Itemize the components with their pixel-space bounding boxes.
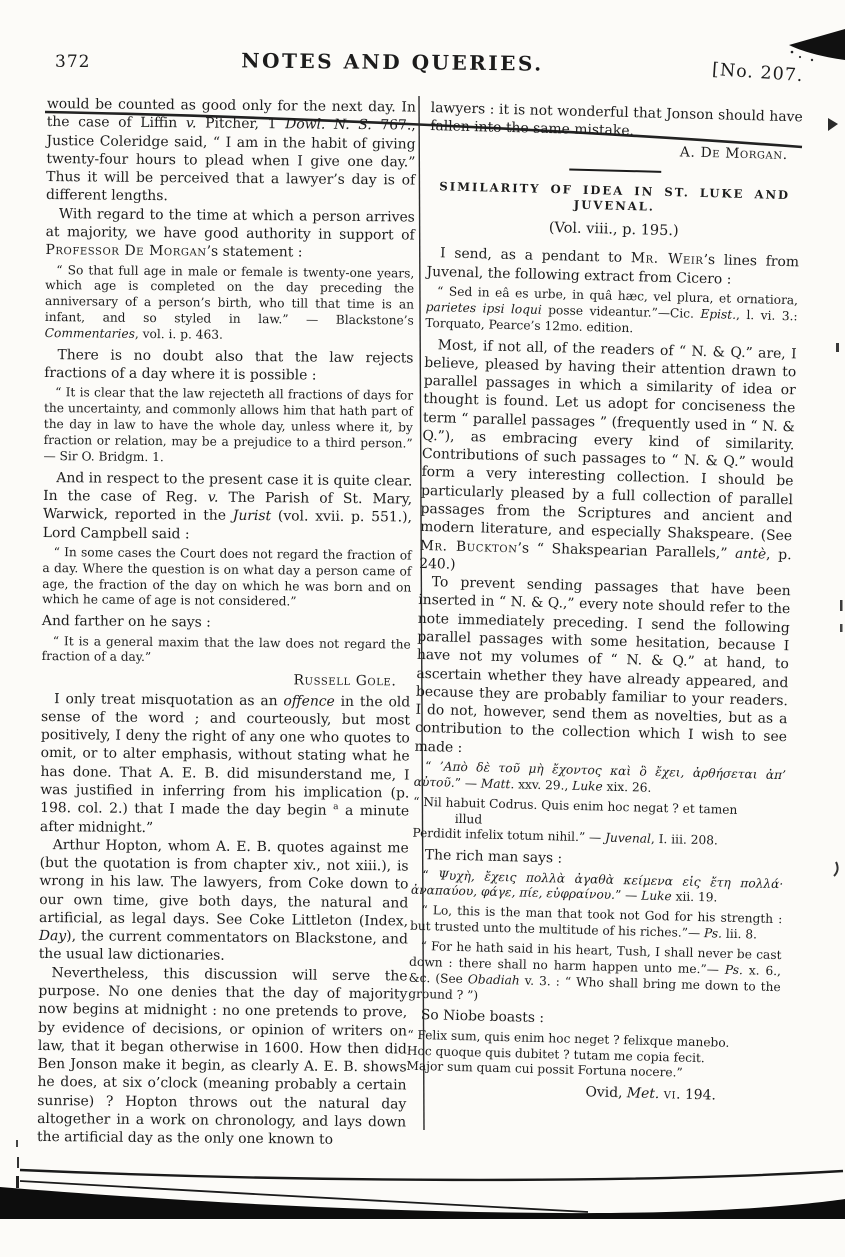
edge-speck [16, 1176, 19, 1188]
blockquote: “ So that full age in male or female is … [45, 263, 415, 346]
contributor-signature: A. De Morgan. [680, 144, 788, 163]
section-heading: SIMILARITY OF IDEA IN ST. LUKE AND JUVEN… [428, 179, 801, 219]
contributor-signature: Russell Gole. [293, 673, 396, 690]
journal-title: NOTES AND QUERIES. [0, 46, 785, 78]
issue-number: [No. 207. [711, 60, 804, 86]
page-edge-line-2 [20, 1181, 588, 1212]
verse-blockquote: “ Nil habuit Codrus. Quis enim hoc negat… [412, 794, 785, 851]
verse-blockquote: “ Felix sum, quis enim hoc neget ? felix… [406, 1027, 779, 1084]
edge-speck [828, 118, 838, 131]
paragraph: would be counted as good only for the ne… [46, 95, 416, 208]
blockquote: “ It is clear that the law rejecteth all… [43, 385, 413, 468]
edge-speck [836, 343, 839, 352]
attribution: Ovid, Met. vi. 194. [406, 1079, 716, 1105]
paragraph: I send, as a pendant to Mr. Weir’s lines… [426, 244, 799, 290]
paragraph: To prevent sending passages that have be… [414, 573, 791, 765]
paragraph: And in respect to the present case it is… [43, 469, 413, 546]
paragraph: I only treat misquotation as an offence … [40, 690, 410, 840]
paragraph: Nevertheless, this discussion will serve… [37, 964, 408, 1150]
greek-blockquote: “ Ψυχὴ, ἔχεις πολλὰ ἀγαθὰ κείμενα εἰς ἔτ… [411, 867, 784, 908]
blockquote: “ Sed in eâ es urbe, in quâ hæc, vel plu… [425, 284, 798, 341]
scan-shadow-band [0, 1187, 845, 1219]
edge-speck [834, 862, 838, 876]
edge-speck [840, 600, 843, 611]
section-subheading: (Vol. viii., p. 195.) [428, 216, 800, 244]
blockquote: “ Lo, this is the man that took not God … [410, 903, 783, 944]
paragraph: Arthur Hopton, whom A. E. B. quotes agai… [39, 836, 409, 968]
edge-speck [840, 624, 843, 632]
paragraph: There is no doubt also that the law reje… [44, 346, 413, 386]
paragraph: And farther on he says : [42, 612, 411, 634]
left-column: would be counted as good only for the ne… [37, 95, 416, 1150]
paragraph: Most, if not all, of the readers of “ N.… [419, 335, 797, 582]
blockquote: “ It is a general maxim that the law doe… [42, 634, 411, 669]
greek-blockquote: “ ’Απὸ δὲ τοῦ μὴ ἔχοντος καὶ ὃ ἔχει, ἀρθ… [413, 759, 786, 800]
paragraph: With regard to the time at which a perso… [45, 205, 415, 263]
section-divider [569, 168, 661, 172]
blockquote: “ In some cases the Court does not regar… [42, 545, 412, 612]
edge-speck [17, 1157, 19, 1168]
blockquote: “ For he hath said in his heart, Tush, I… [408, 939, 781, 1012]
scanned-page: 372 NOTES AND QUERIES. [No. 207. would b… [0, 0, 845, 1257]
right-column: lawyers : it is not wonderful that Jonso… [406, 99, 803, 1107]
edge-speck [16, 1140, 18, 1147]
page-edge-line [20, 1170, 843, 1180]
